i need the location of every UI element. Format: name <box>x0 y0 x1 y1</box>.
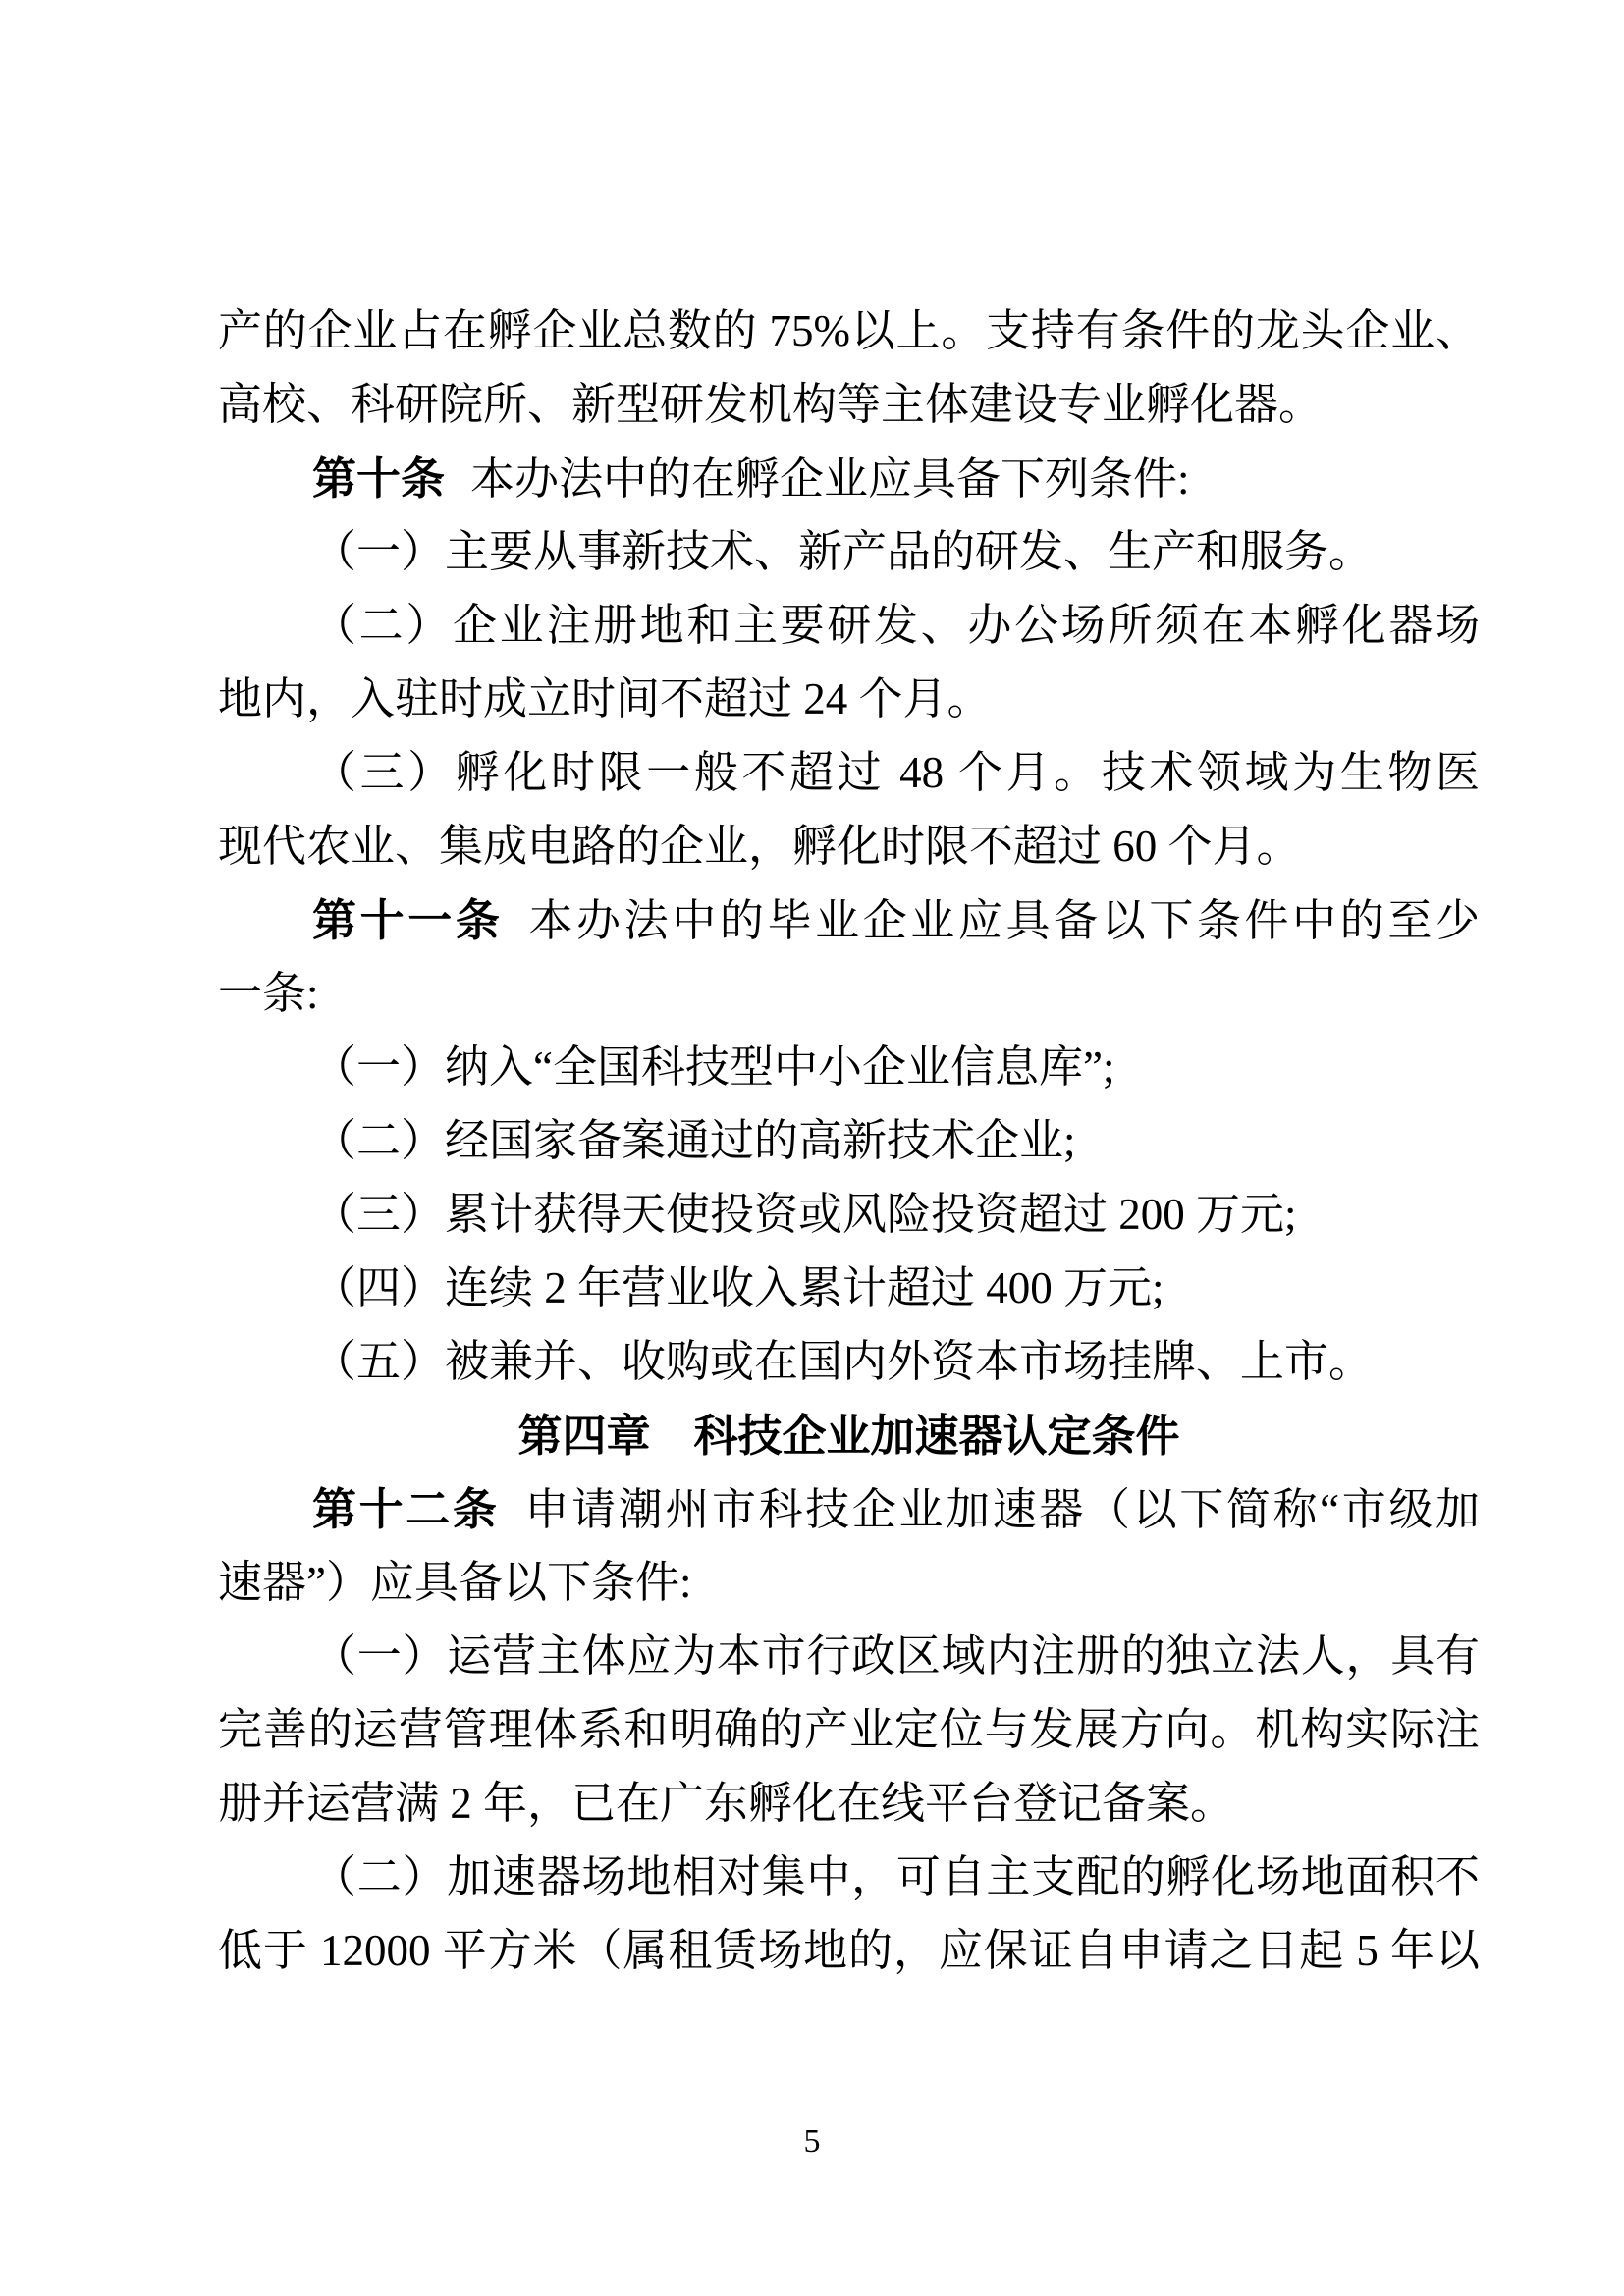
article-11-term: 第十一条 <box>312 895 503 945</box>
article-12-heading-cont: 速器”）应具备以下条件: <box>218 1546 1480 1620</box>
article-11-heading-line: 第十一条本办法中的毕业企业应具备以下条件中的至少 <box>218 883 1480 957</box>
line-text: （三）累计获得天使投资或风险投资超过 200 万元; <box>312 1190 1297 1239</box>
article-10-term: 第十条 <box>312 454 445 504</box>
article-11-clause-5: （五）被兼并、收购或在国内外资本市场挂牌、上市。 <box>218 1325 1480 1399</box>
line-text: （五）被兼并、收购或在国内外资本市场挂牌、上市。 <box>312 1337 1373 1386</box>
line-text: （一）运营主体应为本市行政区域内注册的独立法人，具有 <box>312 1631 1480 1681</box>
article-12-clause-1-cont-a: 完善的运营管理体系和明确的产业定位与发展方向。机构实际注 <box>218 1693 1480 1767</box>
chapter-label: 第四章 <box>517 1411 650 1461</box>
article-10-heading-line: 第十条本办法中的在孵企业应具备下列条件: <box>218 442 1480 515</box>
line-text: （二）经国家备案通过的高新技术企业; <box>312 1116 1076 1165</box>
chapter-4-heading: 第四章科技企业加速器认定条件 <box>218 1399 1480 1472</box>
line-text: 高校、科研院所、新型研发机构等主体建设专业孵化器。 <box>218 380 1323 429</box>
document-body: 产的企业占在孵企业总数的 75%以上。支持有条件的龙头企业、 高校、科研院所、新… <box>218 294 1480 1988</box>
article-11-clause-1: （一）纳入“全国科技型中小企业信息库”; <box>218 1031 1480 1104</box>
article-10-clause-3: （三）孵化时限一般不超过 48 个月。技术领域为生物医药、 <box>218 736 1480 810</box>
article-11-heading-cont: 一条: <box>218 957 1480 1031</box>
line-text: （四）连续 2 年营业收入累计超过 400 万元; <box>312 1263 1164 1312</box>
article-10-clause-2-cont: 地内，入驻时成立时间不超过 24 个月。 <box>218 663 1480 736</box>
chapter-title: 科技企业加速器认定条件 <box>694 1411 1180 1461</box>
line-text: 本办法中的在孵企业应具备下列条件: <box>470 454 1190 504</box>
line-text: 低于 12000 平方米（属租赁场地的，应保证自申请之日起 5 年以 <box>218 1926 1480 1975</box>
line-text: （一）主要从事新技术、新产品的研发、生产和服务。 <box>312 527 1373 576</box>
doc-line-1: 产的企业占在孵企业总数的 75%以上。支持有条件的龙头企业、 <box>218 294 1480 368</box>
article-11-clause-4: （四）连续 2 年营业收入累计超过 400 万元; <box>218 1252 1480 1325</box>
article-12-term: 第十二条 <box>312 1484 500 1534</box>
line-text: 地内，入驻时成立时间不超过 24 个月。 <box>218 674 992 723</box>
document-page: 产的企业占在孵企业总数的 75%以上。支持有条件的龙头企业、 高校、科研院所、新… <box>0 0 1624 2296</box>
article-12-clause-1: （一）运营主体应为本市行政区域内注册的独立法人，具有 <box>218 1620 1480 1693</box>
line-text: （二）加速器场地相对集中，可自主支配的孵化场地面积不 <box>312 1852 1480 1901</box>
line-text: （三）孵化时限一般不超过 48 个月。技术领域为生物医药、 <box>218 748 1480 810</box>
article-10-clause-3-cont: 现代农业、集成电路的企业，孵化时限不超过 60 个月。 <box>218 810 1480 883</box>
line-text: 申请潮州市科技企业加速器（以下简称“市级加 <box>525 1485 1480 1534</box>
line-text: 一条: <box>218 969 319 1018</box>
article-11-clause-3: （三）累计获得天使投资或风险投资超过 200 万元; <box>218 1178 1480 1252</box>
article-12-clause-2-cont: 低于 12000 平方米（属租赁场地的，应保证自申请之日起 5 年以 <box>218 1914 1480 1988</box>
line-text: 速器”）应具备以下条件: <box>218 1558 691 1607</box>
doc-line-2: 高校、科研院所、新型研发机构等主体建设专业孵化器。 <box>218 368 1480 442</box>
article-12-clause-1-cont-b: 册并运营满 2 年，已在广东孵化在线平台登记备案。 <box>218 1767 1480 1841</box>
line-text: （一）纳入“全国科技型中小企业信息库”; <box>312 1042 1114 1092</box>
article-12-heading-line: 第十二条申请潮州市科技企业加速器（以下简称“市级加 <box>218 1472 1480 1546</box>
article-11-clause-2: （二）经国家备案通过的高新技术企业; <box>218 1104 1480 1178</box>
line-text: 完善的运营管理体系和明确的产业定位与发展方向。机构实际注 <box>218 1705 1480 1754</box>
article-10-clause-1: （一）主要从事新技术、新产品的研发、生产和服务。 <box>218 515 1480 589</box>
line-text: 本办法中的毕业企业应具备以下条件中的至少 <box>528 896 1480 945</box>
line-text: （二）企业注册地和主要研发、办公场所须在本孵化器场 <box>312 601 1480 650</box>
article-10-clause-2: （二）企业注册地和主要研发、办公场所须在本孵化器场 <box>218 589 1480 663</box>
line-text: 产的企业占在孵企业总数的 75%以上。支持有条件的龙头企业、 <box>218 306 1480 355</box>
page-number: 5 <box>0 2122 1624 2162</box>
line-text: 册并运营满 2 年，已在广东孵化在线平台登记备案。 <box>218 1779 1234 1828</box>
article-12-clause-2: （二）加速器场地相对集中，可自主支配的孵化场地面积不 <box>218 1841 1480 1914</box>
line-text: 现代农业、集成电路的企业，孵化时限不超过 60 个月。 <box>218 822 1301 871</box>
